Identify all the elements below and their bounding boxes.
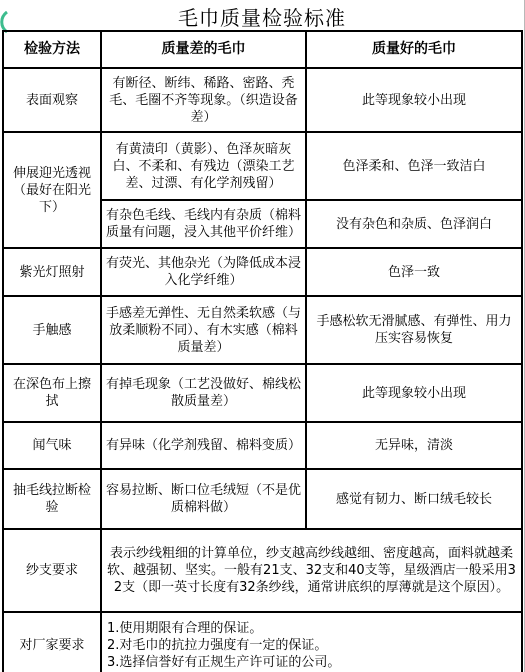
table-row-uv: 紫光灯照射 有荧光、其他杂光（为降低成本浸入化学纤维） 色泽一致 — [3, 248, 522, 296]
document-page: 毛巾质量检验标准 检验方法 质量差的毛巾 质量好的毛巾 表面观察 有断径、断纬、… — [0, 0, 525, 672]
header-cell-good-quality: 质量好的毛巾 — [306, 31, 522, 68]
bad-quality-cell: 有荧光、其他杂光（为降低成本浸入化学纤维） — [101, 248, 306, 296]
method-cell: 对厂家要求 — [3, 612, 101, 672]
bad-quality-cell: 有异味（化学剂残留、棉料变质） — [101, 422, 306, 469]
good-quality-cell: 此等现象较小出现 — [306, 364, 522, 422]
method-cell: 伸展迎光透视（最好在阳光下） — [3, 132, 101, 248]
yarn-description-cell: 表示纱线粗细的计算单位，纱支越高纱线越细、密度越高，面料就越柔软、越强韧、坚实。… — [101, 529, 522, 612]
good-quality-cell: 没有杂色和杂质、色泽润白 — [306, 200, 522, 248]
method-cell: 手触感 — [3, 296, 101, 364]
bad-quality-cell: 手感差无弹性、无自然柔软感（与放柔顺粉不同）、有木实感（棉料质量差） — [101, 296, 306, 364]
bad-quality-cell: 有掉毛现象（工艺没做好、棉线松散质量差） — [101, 364, 306, 422]
table-row-manufacturer: 对厂家要求 1.使用期限有合理的保证。 2.对毛巾的抗拉力强度有一定的保证。 3… — [3, 612, 522, 672]
page-title: 毛巾质量检验标准 — [0, 2, 524, 31]
method-cell: 在深色布上擦拭 — [3, 364, 101, 422]
table-row-touch: 手触感 手感差无弹性、无自然柔软感（与放柔顺粉不同）、有木实感（棉料质量差） 手… — [3, 296, 522, 364]
method-cell: 紫光灯照射 — [3, 248, 101, 296]
table-row-light-a: 伸展迎光透视（最好在阳光下） 有黄渍印（黄影）、色泽灰暗灰白、不柔和、有残边（漂… — [3, 132, 522, 200]
method-cell: 表面观察 — [3, 68, 101, 132]
table-row-yarn: 纱支要求 表示纱线粗细的计算单位，纱支越高纱线越细、密度越高，面料就越柔软、越强… — [3, 529, 522, 612]
good-quality-cell: 色泽一致 — [306, 248, 522, 296]
bad-quality-cell: 容易拉断、断口位毛绒短（不是优质棉料做） — [101, 469, 306, 529]
table-row-wipe: 在深色布上擦拭 有掉毛现象（工艺没做好、棉线松散质量差） 此等现象较小出现 — [3, 364, 522, 422]
good-quality-cell: 无异味，清淡 — [306, 422, 522, 469]
good-quality-cell: 手感松软无滑腻感、有弹性、用力压实容易恢复 — [306, 296, 522, 364]
table-row-smell: 闻气味 有异味（化学剂残留、棉料变质） 无异味，清淡 — [3, 422, 522, 469]
manufacturer-requirements-cell: 1.使用期限有合理的保证。 2.对毛巾的抗拉力强度有一定的保证。 3.选择信誉好… — [101, 612, 522, 672]
bad-quality-cell: 有断径、断纬、稀路、密路、秃毛、毛圈不齐等现象。（织造设备差） — [101, 68, 306, 132]
table-row-surface: 表面观察 有断径、断纬、稀路、密路、秃毛、毛圈不齐等现象。（织造设备差） 此等现… — [3, 68, 522, 132]
method-cell: 闻气味 — [3, 422, 101, 469]
requirement-line-1: 1.使用期限有合理的保证。 — [107, 620, 517, 637]
bad-quality-cell: 有黄渍印（黄影）、色泽灰暗灰白、不柔和、有残边（漂染工艺差、过漂、有化学剂残留） — [101, 132, 306, 200]
requirement-line-2: 2.对毛巾的抗拉力强度有一定的保证。 — [107, 637, 517, 654]
header-cell-bad-quality: 质量差的毛巾 — [101, 31, 306, 68]
table-header-row: 检验方法 质量差的毛巾 质量好的毛巾 — [3, 31, 522, 68]
good-quality-cell: 感觉有韧力、断口绒毛较长 — [306, 469, 522, 529]
method-cell: 纱支要求 — [3, 529, 101, 612]
header-cell-method: 检验方法 — [3, 31, 101, 68]
requirement-line-3: 3.选择信誉好有正规生产许可证的公司。 — [107, 654, 517, 671]
table-row-pull: 抽毛线拉断检验 容易拉断、断口位毛绒短（不是优质棉料做） 感觉有韧力、断口绒毛较… — [3, 469, 522, 529]
towel-quality-table: 检验方法 质量差的毛巾 质量好的毛巾 表面观察 有断径、断纬、稀路、密路、秃毛、… — [2, 30, 523, 672]
method-cell: 抽毛线拉断检验 — [3, 469, 101, 529]
bad-quality-cell: 有杂色毛线、毛线内有杂质（棉料质量有问题，浸入其他平价纤维） — [101, 200, 306, 248]
good-quality-cell: 色泽柔和、色泽一致洁白 — [306, 132, 522, 200]
good-quality-cell: 此等现象较小出现 — [306, 68, 522, 132]
